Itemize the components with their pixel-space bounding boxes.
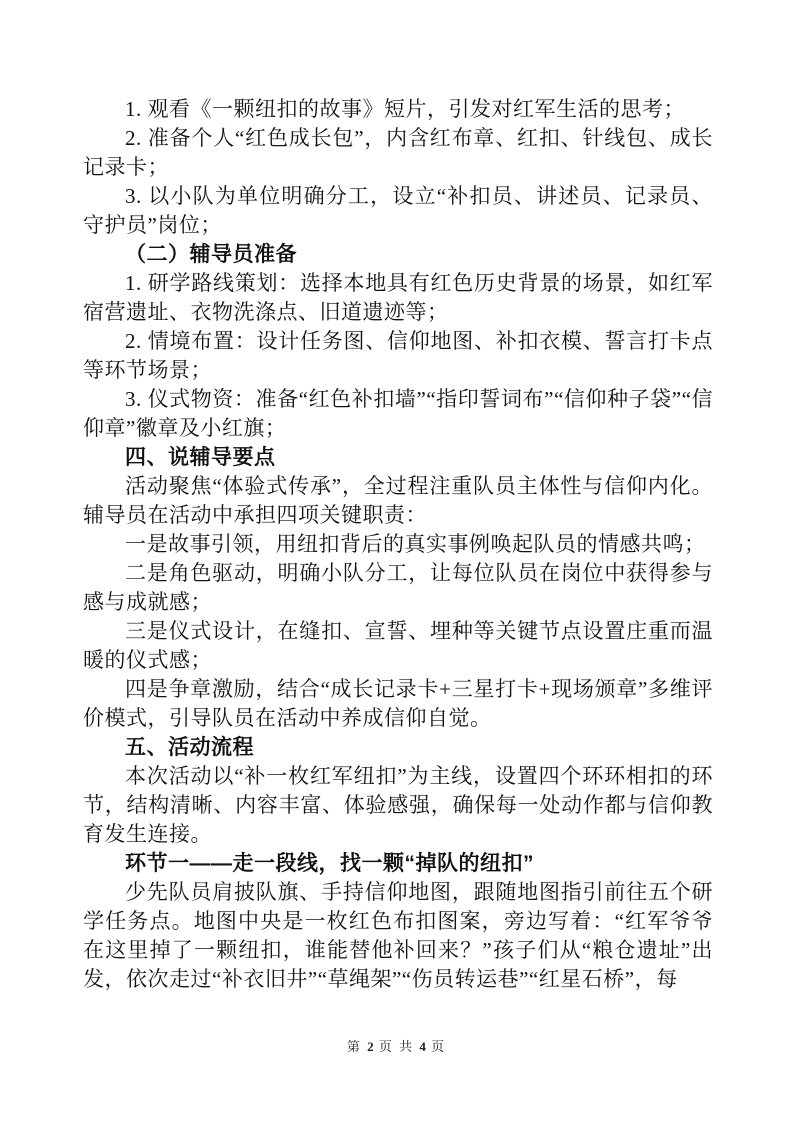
page-footer: 第 2 页 共 4 页	[0, 1038, 793, 1056]
paragraph: 一是故事引领，用纽扣背后的真实事例唤起队员的情感共鸣；	[83, 530, 713, 559]
paragraph: 活动聚焦“体验式传承”，全过程注重队员主体性与信仰内化。辅导员在活动中承担四项关…	[83, 472, 713, 530]
document-body: 1. 观看《一颗纽扣的故事》短片，引发对红军生活的思考；2. 准备个人“红色成长…	[83, 95, 713, 994]
paragraph: 3. 仪式物资：准备“红色补扣墙”“指印誓词布”“信仰种子袋”“信仰章”徽章及小…	[83, 385, 713, 443]
section-heading: 四、说辅导要点	[83, 443, 713, 472]
footer-label-prefix: 第	[347, 1039, 367, 1054]
paragraph: 1. 研学路线策划：选择本地具有红色历史背景的场景，如红军宿营遗址、衣物洗涤点、…	[83, 269, 713, 327]
paragraph: 四是争章激励，结合“成长记录卡+三星打卡+现场颁章”多维评价模式，引导队员在活动…	[83, 675, 713, 733]
section-heading: 五、活动流程	[83, 733, 713, 762]
paragraph: 二是角色驱动，明确小队分工，让每位队员在岗位中获得参与感与成就感；	[83, 559, 713, 617]
paragraph: 1. 观看《一颗纽扣的故事》短片，引发对红军生活的思考；	[83, 95, 713, 124]
paragraph: 2. 情境布置：设计任务图、信仰地图、补扣衣模、誓言打卡点等环节场景；	[83, 327, 713, 385]
section-heading: （二）辅导员准备	[83, 240, 713, 269]
paragraph: 少先队员肩披队旗、手持信仰地图，跟随地图指引前往五个研学任务点。地图中央是一枚红…	[83, 878, 713, 994]
footer-label-suffix: 页	[426, 1039, 446, 1054]
paragraph: 2. 准备个人“红色成长包”，内含红布章、红扣、针线包、成长记录卡；	[83, 124, 713, 182]
paragraph: 本次活动以“补一枚红军纽扣”为主线，设置四个环环相扣的环节，结构清晰、内容丰富、…	[83, 762, 713, 849]
section-heading: 环节一——走一段线，找一颗“掉队的纽扣”	[83, 849, 713, 878]
paragraph: 三是仪式设计，在缝扣、宣誓、埋种等关键节点设置庄重而温暖的仪式感；	[83, 617, 713, 675]
paragraph: 3. 以小队为单位明确分工，设立“补扣员、讲述员、记录员、守护员”岗位；	[83, 182, 713, 240]
document-page: 1. 观看《一颗纽扣的故事》短片，引发对红军生活的思考；2. 准备个人“红色成长…	[0, 0, 793, 1122]
footer-label-middle: 页 共	[374, 1039, 420, 1054]
